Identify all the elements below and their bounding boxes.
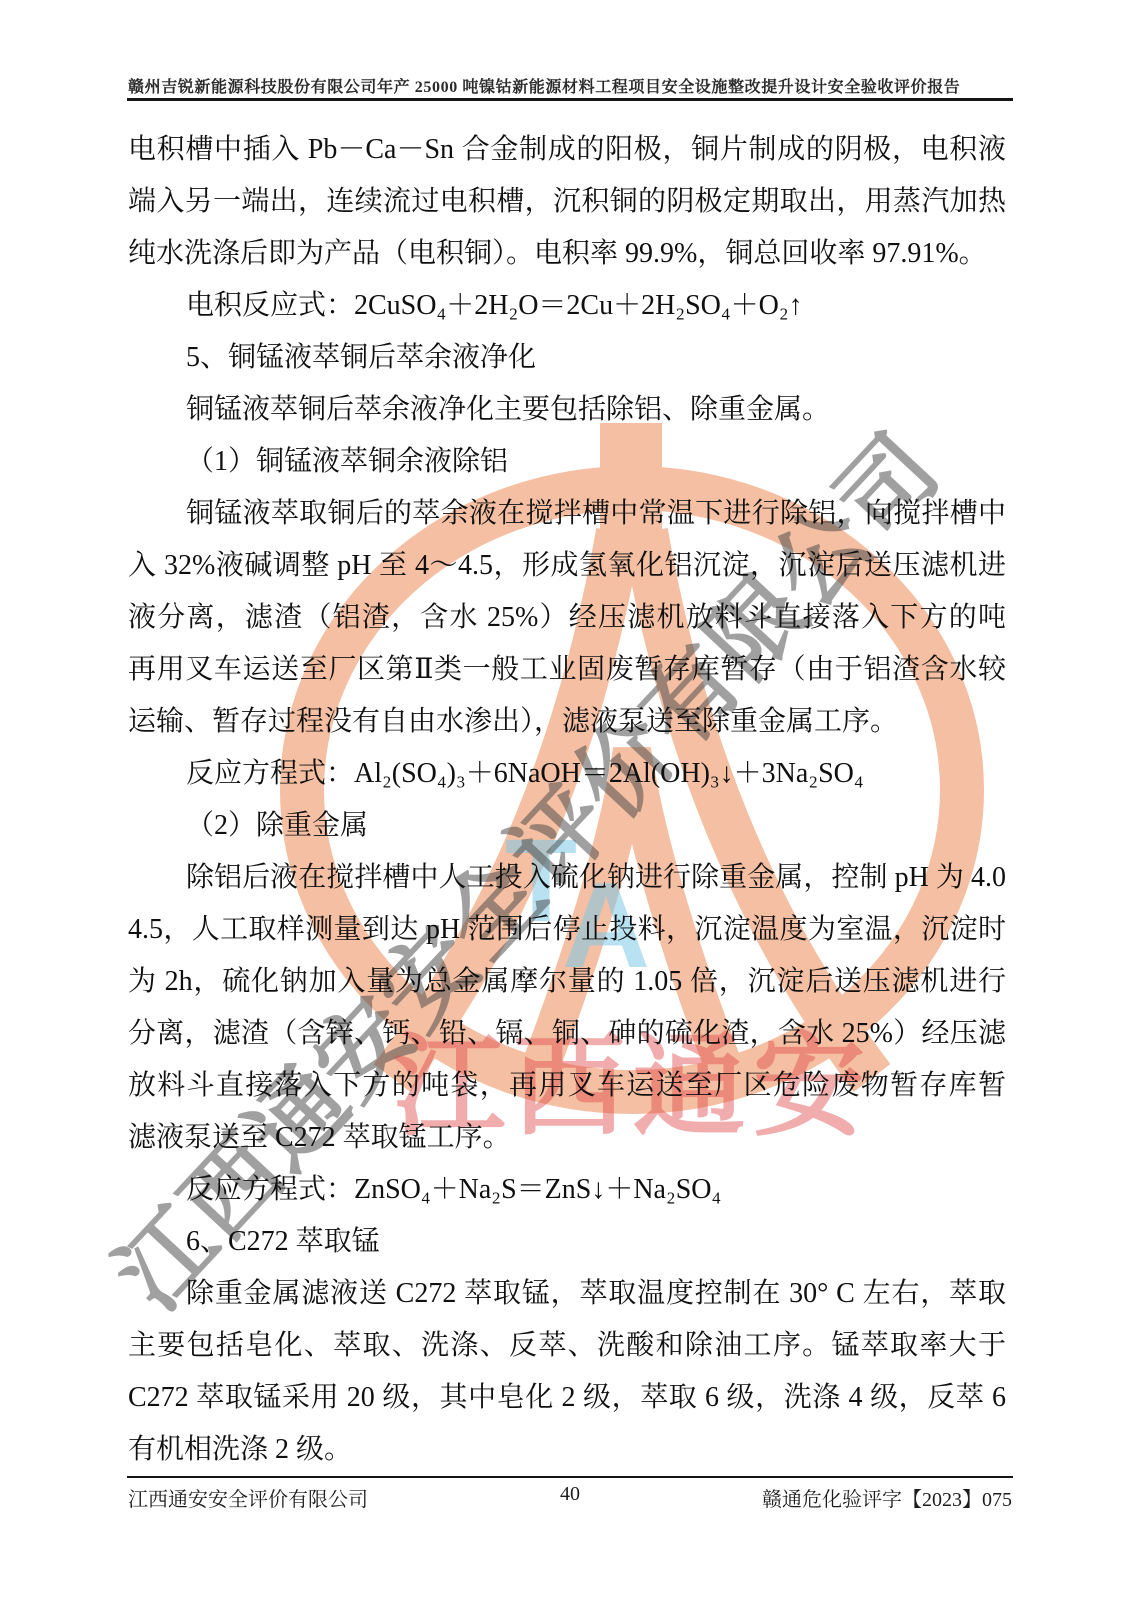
section-heading-6: 6、C272 萃取锰 [128, 1216, 1006, 1268]
body-line: 为 2h，硫化钠加入量为总金属摩尔量的 1.05 倍，沉淀后送压滤机进行固液 [128, 956, 1006, 1008]
footer-company: 江西通安安全评价有限公司 [128, 1483, 368, 1512]
body-line: 铜锰液萃取铜后的萃余液在搅拌槽中常温下进行除铝，向搅拌槽中加 [128, 488, 1006, 540]
body-line: 有机相洗涤 2 级。 [128, 1424, 1006, 1476]
equation-line: 反应方程式：ZnSO₄＋Na₂S＝ZnS↓＋Na₂SO₄ [128, 1164, 1006, 1216]
section-heading-5: 5、铜锰液萃铜后萃余液净化 [128, 332, 1006, 384]
document-page: T A 江西通安安全评价有限公司 江西通安 赣州吉锐新能源科技股份有限公司年产 … [0, 0, 1131, 1600]
body-line: 除重金属滤液送 C272 萃取锰，萃取温度控制在 30° C 左右，萃取过程 [128, 1268, 1006, 1320]
body-text: 电积槽中插入 Pb－Ca－Sn 合金制成的阳极，铜片制成的阴极，电积液自一 端入… [128, 124, 1006, 1476]
body-line: 端入另一端出，连续流过电积槽，沉积铜的阴极定期取出，用蒸汽加热的 [128, 176, 1006, 228]
footer-rule [127, 1476, 1013, 1478]
body-line: 分离，滤渣（含锌、钙、铅、镉、铜、砷的硫化渣，含水 25%）经压滤机 [128, 1008, 1006, 1060]
page-footer: 40 江西通安安全评价有限公司 赣通危化验评字【2023】075 [128, 1483, 1012, 1512]
subsection-heading-2: （2）除重金属 [128, 800, 1006, 852]
body-line: C272 萃取锰采用 20 级，其中皂化 2 级，萃取 6 级，洗涤 4 级，反… [128, 1372, 1006, 1424]
body-line: 入 32%液碱调整 pH 至 4～4.5，形成氢氧化铝沉淀，沉淀后送压滤机进行固 [128, 540, 1006, 592]
body-line: 再用叉车运送至厂区第Ⅱ类一般工业固废暂存库暂存（由于铝渣含水较低， [128, 644, 1006, 696]
equation-line: 电积反应式：2CuSO₄＋2H₂O＝2Cu＋2H₂SO₄＋O₂↑ [128, 280, 1006, 332]
subsection-heading-1: （1）铜锰液萃铜余液除铝 [128, 436, 1006, 488]
body-line: 运输、暂存过程没有自由水渗出），滤液泵送至除重金属工序。 [128, 696, 1006, 748]
body-line: 液分离，滤渣（铝渣，含水 25%）经压滤机放料斗直接落入下方的吨袋， [128, 592, 1006, 644]
body-line: 电积槽中插入 Pb－Ca－Sn 合金制成的阳极，铜片制成的阴极，电积液自一 [128, 124, 1006, 176]
body-line: 铜锰液萃铜后萃余液净化主要包括除铝、除重金属。 [128, 384, 1006, 436]
footer-doc-code: 赣通危化验评字【2023】075 [762, 1483, 1012, 1512]
body-line: 4.5，人工取样测量到达 pH 范围后停止投料，沉淀温度为室温，沉淀时间 [128, 904, 1006, 956]
header-rule [127, 98, 1013, 101]
body-line: 除铝后液在搅拌槽中人工投入硫化钠进行除重金属，控制 pH 为 4.0～ [128, 852, 1006, 904]
body-line: 放料斗直接落入下方的吨袋，再用叉车运送至厂区危险废物暂存库暂存， [128, 1060, 1006, 1112]
equation-line: 反应方程式：Al₂(SO₄)₃＋6NaOH＝2Al(OH)₃↓＋3Na₂SO₄ [128, 748, 1006, 800]
body-line: 滤液泵送至 C272 萃取锰工序。 [128, 1112, 1006, 1164]
body-line: 纯水洗涤后即为产品（电积铜）。电积率 99.9%，铜总回收率 97.91%。 [128, 228, 1006, 280]
body-line: 主要包括皂化、萃取、洗涤、反萃、洗酸和除油工序。锰萃取率大于 99%。 [128, 1320, 1006, 1372]
page-header-title: 赣州吉锐新能源科技股份有限公司年产 25000 吨镍钴新能源材料工程项目安全设施… [128, 74, 1012, 97]
